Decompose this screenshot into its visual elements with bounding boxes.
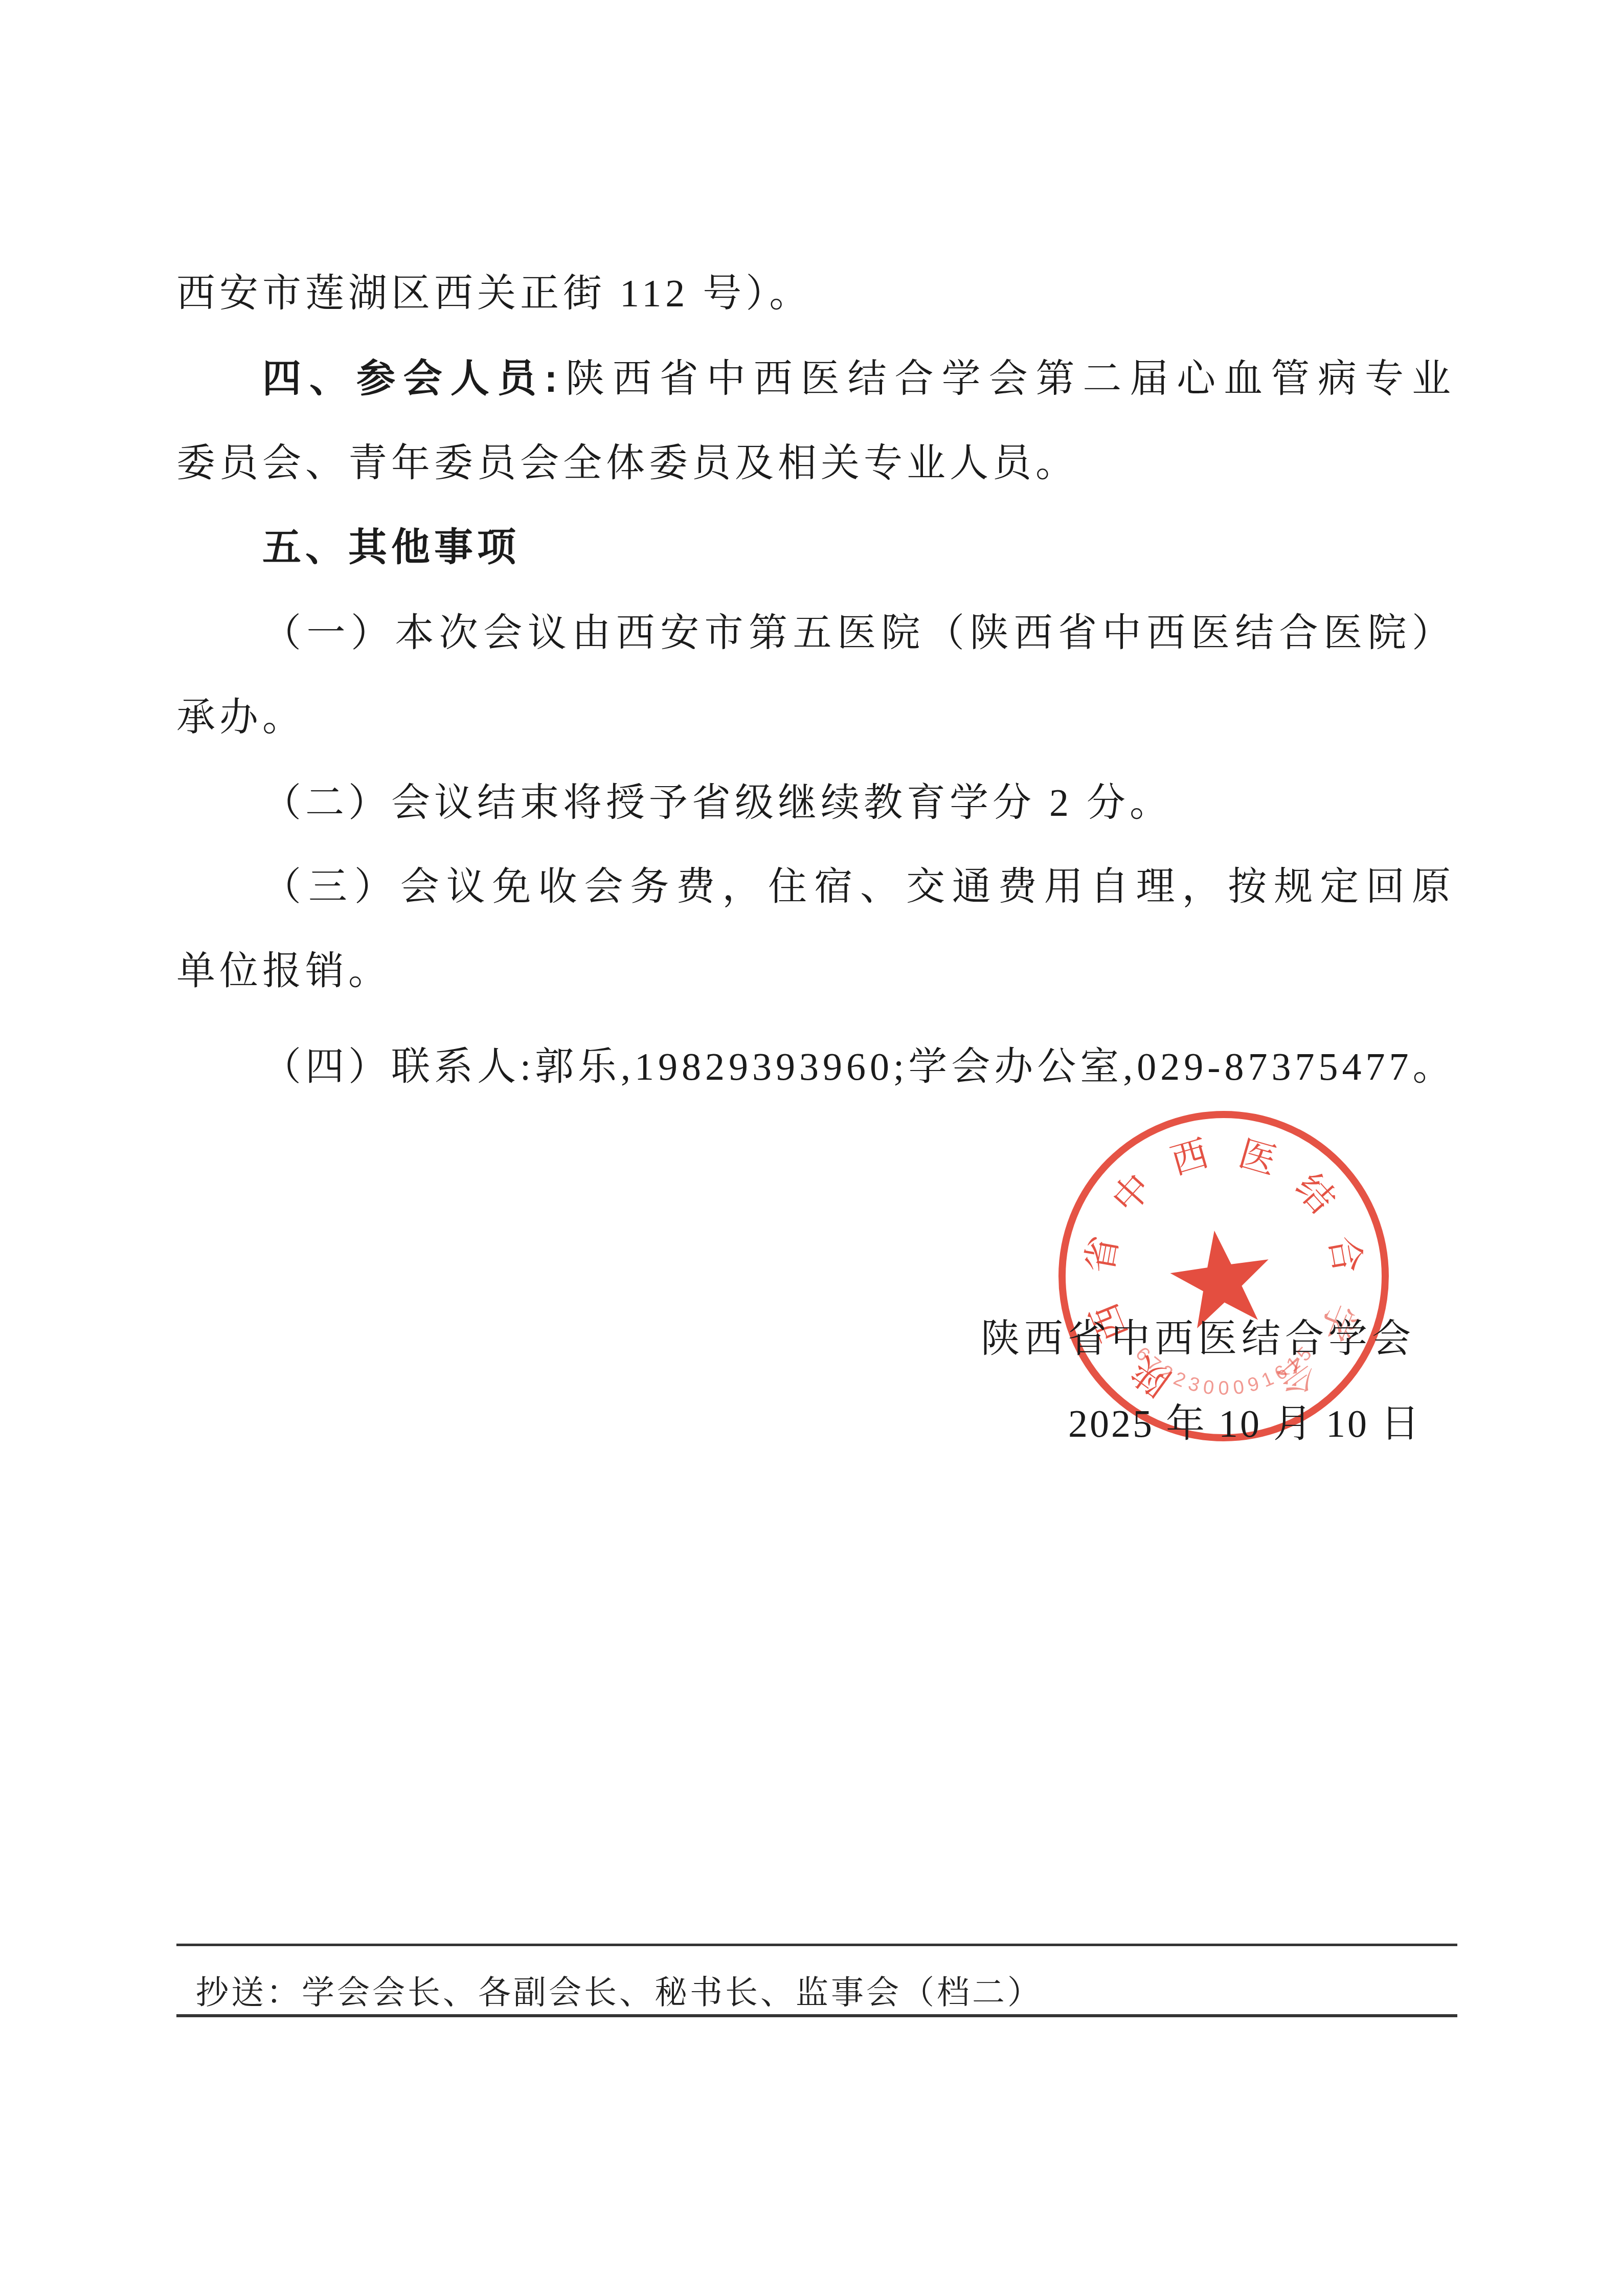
body-line: 承办。	[176, 694, 1455, 742]
body-text-segment: （二）会议结束将授予省级继续教育学分 2 分。	[262, 782, 1173, 824]
document-page: 陕西省中西医结合学会 5161900032276 西安市莲湖区西关正街 112 …	[0, 0, 1623, 2296]
body-text-segment: （四）联系人:郭乐,19829393960;学会办公室,029-87375477…	[262, 1045, 1456, 1088]
body-line: （四）联系人:郭乐,19829393960;学会办公室,029-87375477…	[176, 1043, 1455, 1091]
signature-org: 陕西省中西医结合学会	[981, 1307, 1415, 1363]
body-line: （二）会议结束将授予省级继续教育学分 2 分。	[176, 779, 1455, 827]
body-line: 五、其他事项	[176, 524, 1455, 572]
body-line: 单位报销。	[176, 948, 1455, 995]
body-text-segment: （一）本次会议由西安市第五医院（陕西省中西医结合医院）	[262, 612, 1455, 655]
document-body: 西安市莲湖区西关正街 112 号）。四、参会人员:陕西省中西医结合学会第二届心血…	[0, 0, 1623, 2296]
body-text-segment: 委员会、青年委员会全体委员及相关专业人员。	[176, 442, 1078, 485]
body-line: （三）会议免收会务费，住宿、交通费用自理，按规定回原	[176, 863, 1455, 911]
heading-text: 五、其他事项	[262, 526, 520, 569]
body-text-segment: 单位报销。	[176, 950, 391, 993]
heading-text: 四、参会人员:	[262, 357, 561, 400]
body-line: （一）本次会议由西安市第五医院（陕西省中西医结合医院）	[176, 610, 1455, 657]
body-line: 西安市莲湖区西关正街 112 号）。	[176, 270, 1455, 318]
footer-rule-bottom	[176, 2014, 1457, 2017]
signature-date: 2025 年 10 月 10 日	[1068, 1392, 1422, 1448]
body-line: 委员会、青年委员会全体委员及相关专业人员。	[176, 440, 1455, 487]
footer-rule-top	[176, 1944, 1457, 1946]
cc-line: 抄送：学会会长、各副会长、秘书长、监事会（档二）	[196, 1966, 1043, 2013]
body-line: 四、参会人员:陕西省中西医结合学会第二届心血管病专业	[176, 355, 1455, 403]
body-text-segment: 陕西省中西医结合学会第二届心血管病专业	[561, 358, 1455, 400]
body-text-segment: 承办。	[176, 696, 305, 739]
body-text-segment: 西安市莲湖区西关正街 112 号）。	[176, 272, 812, 315]
body-text-segment: （三）会议免收会务费，住宿、交通费用自理，按规定回原	[262, 865, 1455, 908]
